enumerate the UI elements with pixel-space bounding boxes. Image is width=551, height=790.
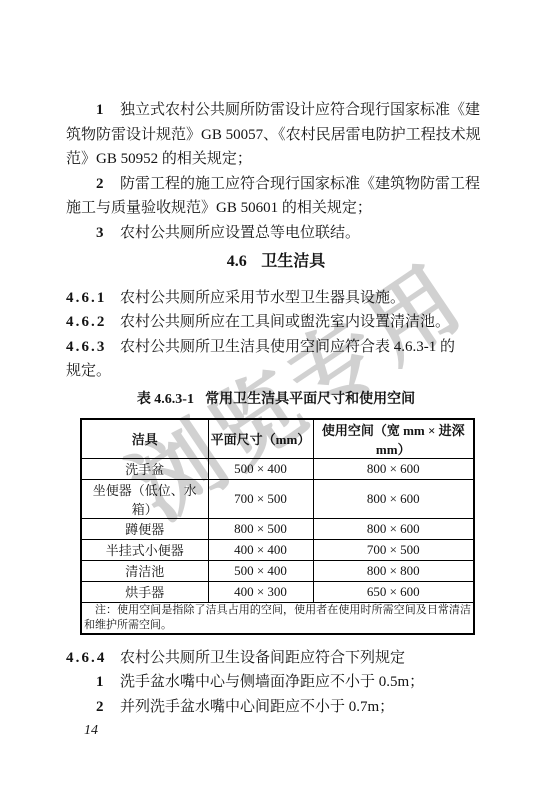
sub-item-text: 并列洗手盆水嘴中心间距应不小于 0.7m； bbox=[120, 699, 394, 715]
sub-item-paragraph: 2并列洗手盆水嘴中心间距应不小于 0.7m； bbox=[66, 695, 486, 720]
table-header-cell: 使用空间（宽 mm × 进深 mm） bbox=[313, 419, 474, 459]
table-cell: 蹲便器 bbox=[81, 518, 208, 539]
intro-paragraph: 2防雷工程的施工应符合现行国家标准《建筑物防雷工程 施工与质量验收规范》GB 5… bbox=[66, 172, 486, 221]
table-row: 烘手器 400 × 300 650 × 600 bbox=[81, 581, 474, 602]
table-cell: 650 × 600 bbox=[313, 581, 474, 602]
table-row: 坐便器（低位、水箱） 700 × 500 800 × 600 bbox=[81, 479, 474, 518]
page-number: 14 bbox=[66, 721, 486, 741]
table-cell: 800 × 500 bbox=[208, 518, 313, 539]
section-heading: 4.6卫生洁具 bbox=[66, 250, 486, 275]
table-row: 半挂式小便器 400 × 400 700 × 500 bbox=[81, 539, 474, 560]
sanitary-ware-table: 洁具 平面尺寸（mm） 使用空间（宽 mm × 进深 mm） 洗手盆 500 ×… bbox=[80, 418, 475, 635]
table-cell: 清洁池 bbox=[81, 560, 208, 581]
table-cell: 烘手器 bbox=[81, 581, 208, 602]
table-cell: 400 × 300 bbox=[208, 581, 313, 602]
paragraph-number: 2 bbox=[96, 176, 104, 192]
paragraph-text: 防雷工程的施工应符合现行国家标准《建筑物防雷工程 施工与质量验收规范》GB 50… bbox=[66, 176, 480, 217]
table-cell: 700 × 500 bbox=[208, 479, 313, 518]
paragraph-text: 独立式农村公共厕所防雷设计应符合现行国家标准《建 筑物防雷设计规范》GB 500… bbox=[66, 102, 481, 167]
table-header-row: 洁具 平面尺寸（mm） 使用空间（宽 mm × 进深 mm） bbox=[81, 419, 474, 459]
clause-text: 农村公共厕所卫生设备间距应符合下列规定 bbox=[120, 650, 405, 666]
sub-item-text: 洗手盆水嘴中心与侧墙面净距应不小于 0.5m； bbox=[120, 674, 424, 690]
intro-paragraph: 3农村公共厕所应设置总等电位联结。 bbox=[66, 221, 486, 246]
table-cell: 700 × 500 bbox=[313, 539, 474, 560]
section-title: 卫生洁具 bbox=[261, 253, 325, 270]
paragraph-number: 1 bbox=[96, 102, 104, 118]
table-cell: 800 × 600 bbox=[313, 518, 474, 539]
clause-number: 4.6.3 bbox=[66, 339, 107, 355]
clause-text: 农村公共厕所应在工具间或盥洗室内设置清洁池。 bbox=[120, 314, 450, 330]
clause-paragraph: 4.6.2农村公共厕所应在工具间或盥洗室内设置清洁池。 bbox=[66, 310, 486, 335]
sub-item-number: 1 bbox=[96, 674, 104, 690]
table-note-row: 注：使用空间是指除了洁具占用的空间，使用者在使用时所需空间及日常清洁和维护所需空… bbox=[81, 602, 474, 634]
clause-number: 4.6.4 bbox=[66, 650, 107, 666]
table-cell: 500 × 400 bbox=[208, 458, 313, 479]
section-number: 4.6 bbox=[227, 253, 247, 270]
table-caption-label: 表 4.6.3-1 bbox=[137, 392, 194, 407]
document-page: 浏览专用 1独立式农村公共厕所防雷设计应符合现行国家标准《建 筑物防雷设计规范》… bbox=[0, 0, 551, 790]
table-header-cell: 平面尺寸（mm） bbox=[208, 419, 313, 459]
clause-text: 农村公共厕所应采用节水型卫生器具设施。 bbox=[120, 290, 405, 306]
table-cell: 800 × 600 bbox=[313, 458, 474, 479]
table-cell: 400 × 400 bbox=[208, 539, 313, 560]
table-caption: 表 4.6.3-1常用卫生洁具平面尺寸和使用空间 bbox=[66, 390, 486, 410]
paragraph-text: 农村公共厕所应设置总等电位联结。 bbox=[120, 225, 360, 241]
table-cell: 800 × 600 bbox=[313, 479, 474, 518]
sub-item-number: 2 bbox=[96, 699, 104, 715]
table-cell: 洗手盆 bbox=[81, 458, 208, 479]
table-note-cell: 注：使用空间是指除了洁具占用的空间，使用者在使用时所需空间及日常清洁和维护所需空… bbox=[81, 602, 474, 634]
table-cell: 坐便器（低位、水箱） bbox=[81, 479, 208, 518]
table-cell: 500 × 400 bbox=[208, 560, 313, 581]
table-header-cell: 洁具 bbox=[81, 419, 208, 459]
table-cell: 800 × 800 bbox=[313, 560, 474, 581]
clause-paragraph: 4.6.3农村公共厕所卫生洁具使用空间应符合表 4.6.3-1 的 规定。 bbox=[66, 335, 486, 384]
clause-number: 4.6.2 bbox=[66, 314, 107, 330]
table-caption-title: 常用卫生洁具平面尺寸和使用空间 bbox=[205, 392, 415, 407]
intro-paragraph: 1独立式农村公共厕所防雷设计应符合现行国家标准《建 筑物防雷设计规范》GB 50… bbox=[66, 98, 486, 172]
table-cell: 半挂式小便器 bbox=[81, 539, 208, 560]
table-row: 蹲便器 800 × 500 800 × 600 bbox=[81, 518, 474, 539]
table-note-text: 注：使用空间是指除了洁具占用的空间，使用者在使用时所需空间及日常清洁和维护所需空… bbox=[84, 603, 471, 633]
clause-paragraph: 4.6.4农村公共厕所卫生设备间距应符合下列规定 bbox=[66, 646, 486, 671]
sub-item-paragraph: 1洗手盆水嘴中心与侧墙面净距应不小于 0.5m； bbox=[66, 670, 486, 695]
clause-number: 4.6.1 bbox=[66, 290, 107, 306]
paragraph-number: 3 bbox=[96, 225, 104, 241]
page-content: 1独立式农村公共厕所防雷设计应符合现行国家标准《建 筑物防雷设计规范》GB 50… bbox=[66, 98, 486, 741]
clause-text: 农村公共厕所卫生洁具使用空间应符合表 4.6.3-1 的 规定。 bbox=[66, 339, 455, 380]
table-row: 清洁池 500 × 400 800 × 800 bbox=[81, 560, 474, 581]
clause-paragraph: 4.6.1农村公共厕所应采用节水型卫生器具设施。 bbox=[66, 286, 486, 311]
table-row: 洗手盆 500 × 400 800 × 600 bbox=[81, 458, 474, 479]
